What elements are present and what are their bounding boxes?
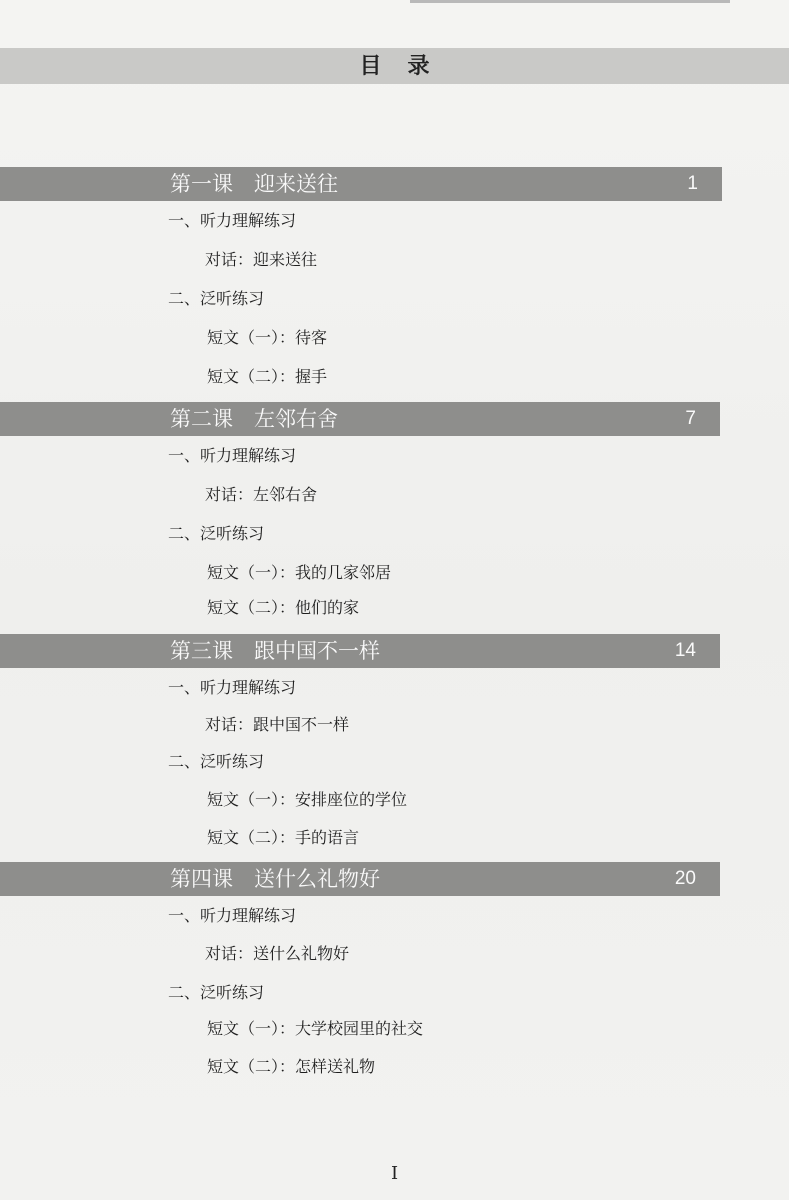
lesson-2-header[interactable]: 第二课 左邻右舍 7 bbox=[0, 402, 720, 436]
lesson-1-section-2[interactable]: 二、泛听练习 bbox=[168, 289, 264, 309]
lesson-1-passage-1[interactable]: 短文（一）：待客 bbox=[207, 328, 327, 348]
lesson-4-page: 20 bbox=[675, 862, 696, 896]
lesson-3-dialogue[interactable]: 对话：跟中国不一样 bbox=[205, 715, 349, 735]
lesson-2-page: 7 bbox=[685, 402, 696, 436]
lesson-2-section-1[interactable]: 一、听力理解练习 bbox=[168, 446, 296, 466]
lesson-1-section-1[interactable]: 一、听力理解练习 bbox=[168, 211, 296, 231]
lesson-3-page: 14 bbox=[675, 634, 696, 668]
lesson-4-dialogue[interactable]: 对话：送什么礼物好 bbox=[205, 944, 349, 964]
page-number: I bbox=[0, 1163, 789, 1184]
lesson-4-passage-2[interactable]: 短文（二）：怎样送礼物 bbox=[207, 1057, 375, 1077]
lesson-1-page: 1 bbox=[687, 167, 698, 201]
lesson-3-header[interactable]: 第三课 跟中国不一样 14 bbox=[0, 634, 720, 668]
lesson-4-title: 第四课 送什么礼物好 bbox=[170, 862, 380, 896]
facing-page-shadow bbox=[410, 0, 730, 3]
page-title: 目录 bbox=[0, 48, 789, 84]
lesson-1-dialogue[interactable]: 对话：迎来送往 bbox=[205, 250, 317, 270]
lesson-4-section-2[interactable]: 二、泛听练习 bbox=[168, 983, 264, 1003]
lesson-3-section-2[interactable]: 二、泛听练习 bbox=[168, 752, 264, 772]
lesson-3-passage-2[interactable]: 短文（二）：手的语言 bbox=[207, 828, 359, 848]
lesson-2-passage-1[interactable]: 短文（一）：我的几家邻居 bbox=[207, 563, 391, 583]
lesson-3-section-1[interactable]: 一、听力理解练习 bbox=[168, 678, 296, 698]
lesson-3-passage-1[interactable]: 短文（一）：安排座位的学位 bbox=[207, 790, 407, 810]
lesson-1-title: 第一课 迎来送往 bbox=[170, 167, 338, 201]
lesson-2-passage-2[interactable]: 短文（二）：他们的家 bbox=[207, 598, 359, 618]
lesson-2-dialogue[interactable]: 对话：左邻右舍 bbox=[205, 485, 317, 505]
lesson-4-passage-1[interactable]: 短文（一）：大学校园里的社交 bbox=[207, 1019, 423, 1039]
lesson-2-section-2[interactable]: 二、泛听练习 bbox=[168, 524, 264, 544]
lesson-4-header[interactable]: 第四课 送什么礼物好 20 bbox=[0, 862, 720, 896]
lesson-4-section-1[interactable]: 一、听力理解练习 bbox=[168, 906, 296, 926]
lesson-1-passage-2[interactable]: 短文（二）：握手 bbox=[207, 367, 327, 387]
lesson-1-header[interactable]: 第一课 迎来送往 1 bbox=[0, 167, 722, 201]
lesson-3-title: 第三课 跟中国不一样 bbox=[170, 634, 380, 668]
lesson-2-title: 第二课 左邻右舍 bbox=[170, 402, 338, 436]
